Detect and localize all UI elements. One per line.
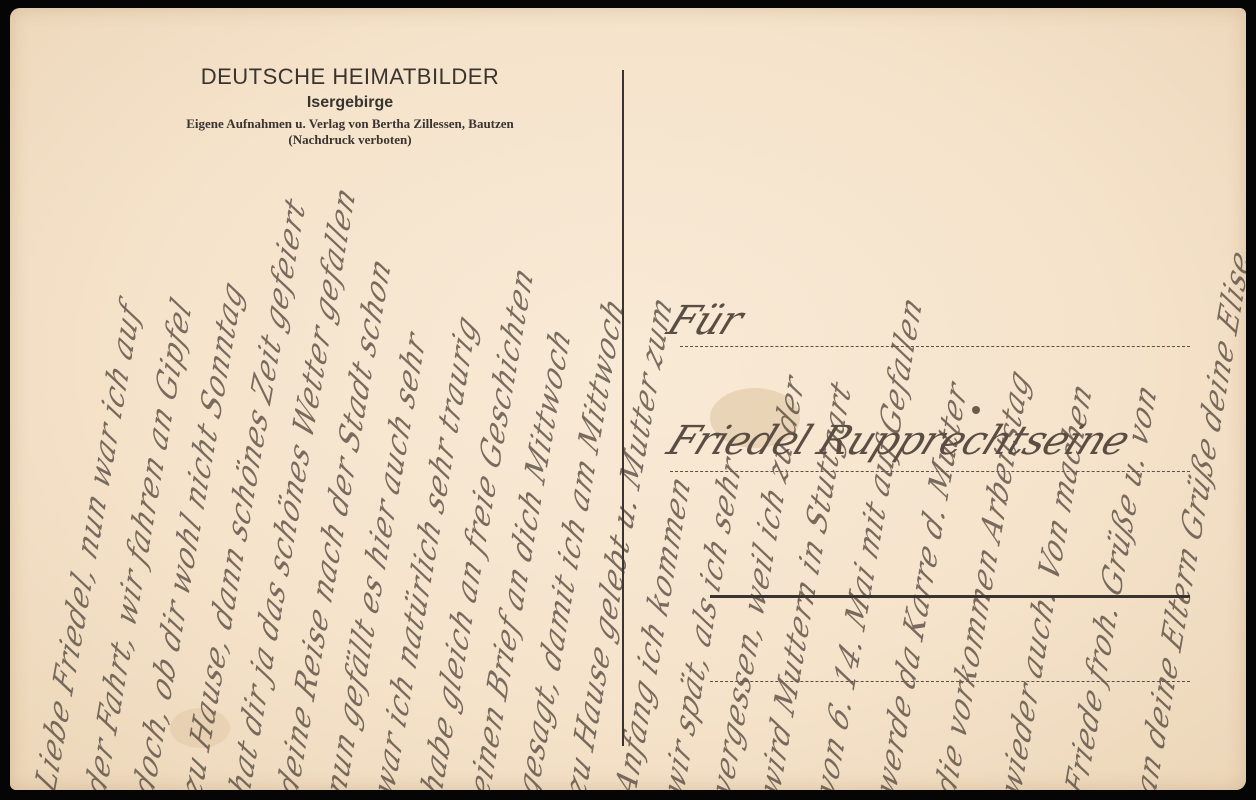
header-subtitle: Isergebirge — [70, 94, 630, 112]
message-column: an deine Eltern Grüße deine Elise — [1130, 242, 1246, 790]
address-recipient-prefix: Für — [661, 298, 749, 344]
address-recipient-name: Friedel Rupprechtseine — [661, 418, 1136, 464]
address-line-2 — [670, 471, 1190, 472]
address-line-1 — [680, 346, 1190, 347]
header-publisher: Eigene Aufnahmen u. Verlag von Bertha Zi… — [70, 116, 630, 132]
address-line-4 — [710, 681, 1190, 682]
header-title: DEUTSCHE HEIMATBILDER — [70, 64, 630, 90]
postcard-back: DEUTSCHE HEIMATBILDER Isergebirge Eigene… — [10, 8, 1246, 790]
ink-spot — [972, 406, 980, 414]
printed-header: DEUTSCHE HEIMATBILDER Isergebirge Eigene… — [70, 64, 630, 148]
center-divider-line — [622, 70, 624, 746]
address-line-3-solid — [710, 595, 1190, 598]
header-copyright-note: (Nachdruck verboten) — [70, 132, 630, 148]
